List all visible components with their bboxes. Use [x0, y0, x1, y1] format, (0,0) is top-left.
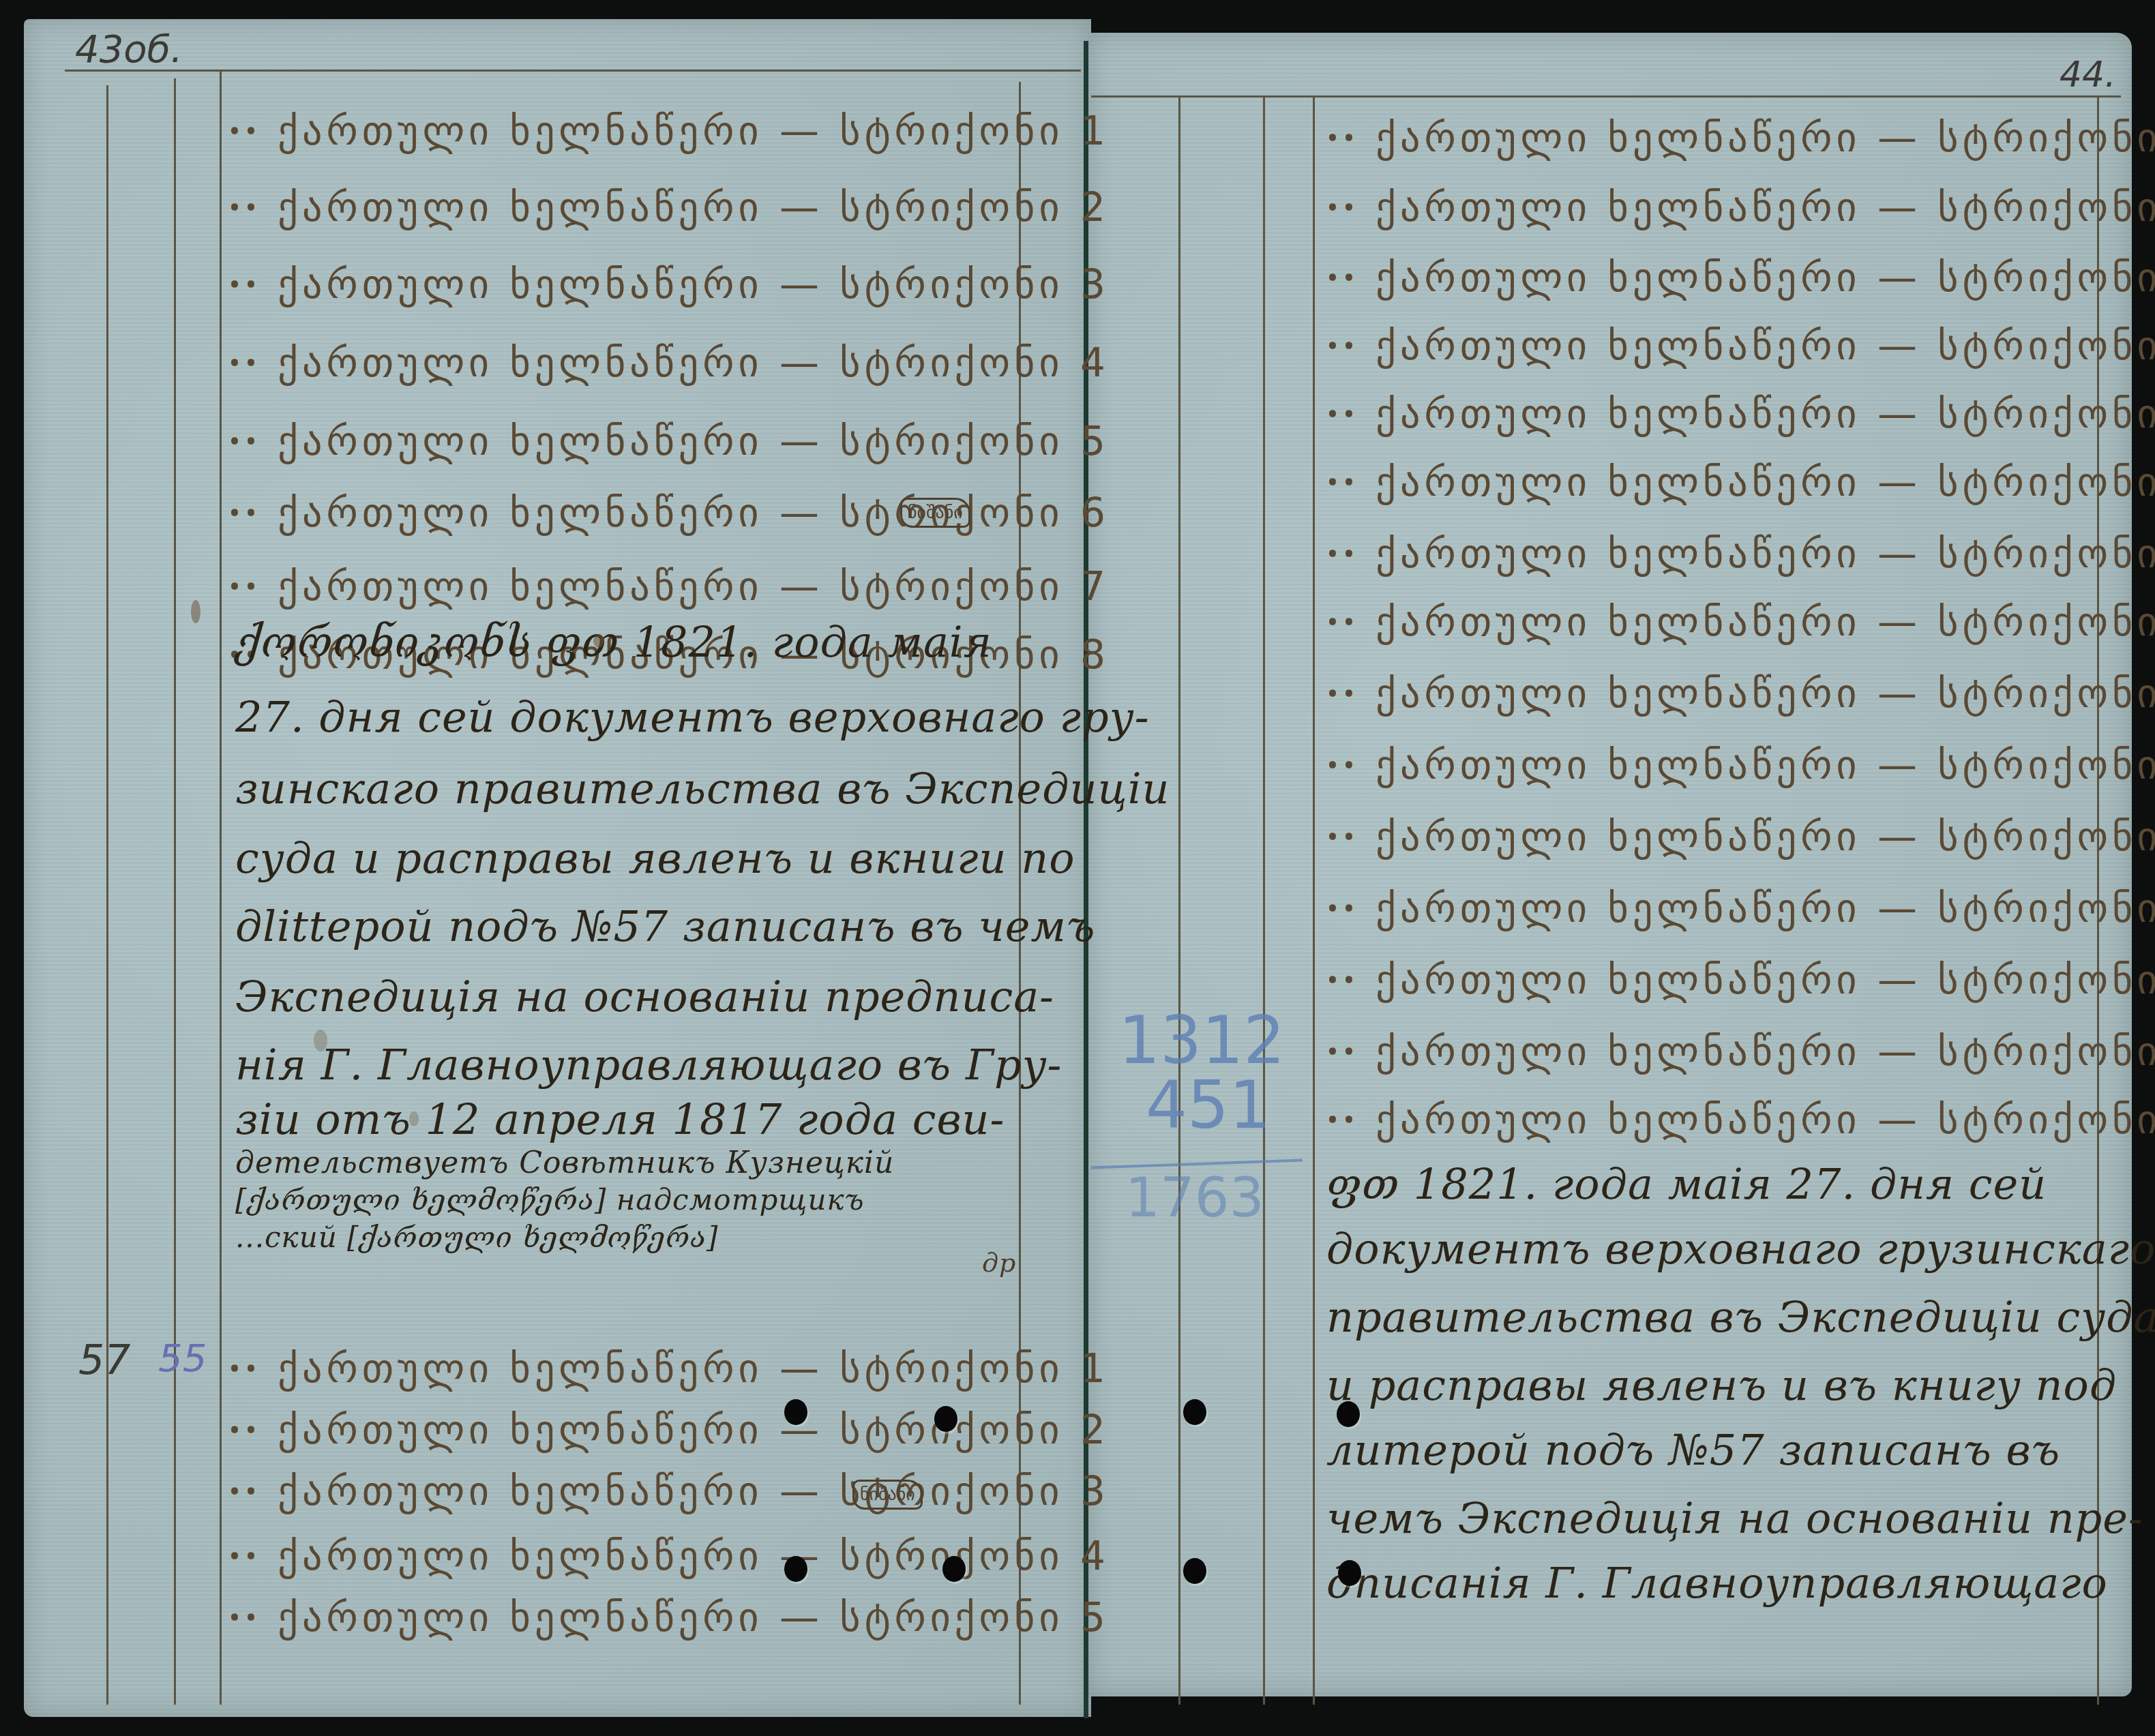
text-line: ꞏꞏ ქართული ხელნაწერი — სტრიქონი 5 [228, 1589, 1110, 1643]
text-line: ...ский [ქართული ხელმოწერა] [235, 1221, 718, 1254]
text-line: детельствуетъ Совѣтникъ Кузнецкій [235, 1146, 894, 1180]
text-line: и расправы явленъ и въ книгу под [1326, 1360, 2117, 1410]
binding-hole [784, 1556, 807, 1582]
text-line: зинскаго правительства въ Экспедиціи [235, 764, 1170, 813]
right-margin-rule-3 [1313, 95, 1315, 1705]
margin-note: др [982, 1248, 1016, 1278]
text-line: ꞏꞏ ქართული ხელნაწერი — სტრიქონი 3 [228, 1463, 1110, 1516]
ink-stain [314, 1030, 327, 1051]
text-line: ꞏꞏ ქართული ხელნაწერი — სტრიქონი 2 [228, 1401, 1110, 1455]
margin-number-pencil: 55 [158, 1336, 207, 1381]
text-line: дписанія Г. Главноуправляющаго [1326, 1558, 2108, 1608]
text-line: ꞏꞏ ქართული ხელნაწერი — სტრიქონი 1 [1326, 109, 2155, 163]
left-margin-rule-1 [106, 85, 108, 1705]
text-line: ꞏꞏ ქართული ხელნაწერი — სტრიქონი 4 [1326, 317, 2155, 371]
text-line: нія Г. Главноуправляющаго въ Гру- [235, 1040, 1062, 1090]
text-line: ꞏꞏ ქართული ხელნაწერი — სტრიქონი 10 [1326, 736, 2155, 790]
text-line: ꞏꞏ ქართული ხელნაწერი — სტრიქონი 5 [228, 413, 1110, 466]
right-margin-rule-1 [1178, 95, 1180, 1705]
text-line: ꞏꞏ ქართული ხელნაწერი — სტრიქონი 3 [1326, 249, 2155, 303]
left-header-rule [65, 70, 1081, 72]
text-line: Экспедиція на основаніи предписа- [235, 972, 1054, 1021]
text-line: ꞏꞏ ქართული ხელნაწერი — სტრიქონი 2 [228, 179, 1110, 233]
binding-hole [1183, 1399, 1206, 1425]
margin-number-ink: 57 [78, 1336, 130, 1384]
text-line: ქორონიკონს ფთ 1821. года маія [235, 617, 992, 667]
text-line: документъ верховнаго грузинскаго [1326, 1224, 2155, 1274]
text-line: литерой подъ №57 записанъ въ [1326, 1425, 2060, 1475]
binding-hole [1183, 1558, 1206, 1584]
pencil-archive-number: 451 [1146, 1067, 1270, 1143]
binding-hole [934, 1406, 957, 1432]
right-margin-rule-2 [1263, 95, 1265, 1705]
binding-hole [784, 1399, 807, 1425]
text-line: ꞏꞏ ქართული ხელნაწერი — სტრიქონი 9 [1326, 665, 2155, 719]
binding-hole [942, 1556, 966, 1582]
left-margin-rule-3 [220, 72, 222, 1705]
text-line: [ქართული ხელმოწერა] надсмотрщикъ [235, 1183, 865, 1216]
text-line: ꞏꞏ ქართული ხელნაწერი — სტრიქონი 11 [1326, 808, 2155, 862]
binding-hole [1338, 1560, 1361, 1586]
text-line: ꞏꞏ ქართული ხელნაწერი — სტრიქონი 7 [228, 558, 1110, 612]
pencil-archive-number: 1763 [1125, 1166, 1264, 1229]
text-line: ꞏꞏ ქართული ხელნაწერი — სტრიქონი 15 [1326, 1091, 2155, 1145]
text-line: ფთ 1821. года маія 27. дня сей [1326, 1159, 2047, 1209]
text-line: ꞏꞏ ქართული ხელნაწერი — სტრიქონი 12 [1326, 880, 2155, 933]
binding-hole [1337, 1401, 1360, 1427]
text-line: ꞏꞏ ქართული ხელნაწერი — სტრიქონი 3 [228, 256, 1110, 310]
text-line: ꞏꞏ ქართული ხელნაწერი — სტრიქონი 7 [1326, 525, 2155, 579]
text-line: ꞏꞏ ქართული ხელნაწერი — სტრიქონი 6 [1326, 453, 2155, 507]
text-line: суда и расправы явленъ и вкниги по [235, 833, 1075, 883]
text-line: ꞏꞏ ქართული ხელნაწერი — სტრიქონი 6 [228, 484, 1110, 538]
text-line: ꞏꞏ ქართული ხელნაწერი — სტრიქონი 4 [228, 334, 1110, 388]
left-right-margin-rule [1019, 82, 1021, 1705]
ink-stain [191, 600, 200, 623]
text-line: ꞏꞏ ქართული ხელნაწერი — სტრიქონი 13 [1326, 951, 2155, 1005]
text-line: ꞏꞏ ქართული ხელნაწერი — სტრიქონი 5 [1326, 385, 2155, 439]
text-line: ꞏꞏ ქართული ხელნაწერი — სტრიქონი 4 [228, 1527, 842, 1581]
stamp-seal: ნიშანი [852, 1480, 923, 1510]
text-line: чемъ Экспедиція на основаніи пре- [1326, 1493, 2143, 1543]
text-line: правительства въ Экспедиціи суда [1326, 1292, 2155, 1342]
ink-stain [409, 1111, 419, 1126]
text-line: ꞏꞏ ქართული ხელნაწერი — სტრიქონი 1 [228, 1340, 1110, 1394]
right-header-rule [1091, 95, 2121, 98]
text-line: ꞏꞏ ქართული ხელნაწერი — სტრიქონი 14 [1326, 1023, 2155, 1077]
text-line: ꞏꞏ ქართული ხელნაწერი — სტრიქონი 1 [228, 102, 1110, 156]
folio-number-right: 44. [2060, 55, 2116, 95]
left-margin-rule-2 [174, 78, 176, 1705]
text-line: ꞏꞏ ქართული ხელნაწერი — სტრიქონი 8 [1326, 593, 2155, 647]
stamp-seal: ნიშანი [900, 498, 970, 528]
text-line: ꞏꞏ ქართული ხელნაწერი — სტრიქონი 2 [1326, 179, 2155, 233]
text-line: дlittерой подъ №57 записанъ въ чемъ [235, 901, 1095, 951]
text-line: зіи отъ 12 апреля 1817 года сви- [235, 1094, 1005, 1144]
folio-number-left: 43об. [75, 27, 183, 72]
text-line: 27. дня сей документъ верховнаго гру- [235, 692, 1150, 742]
ink-stain [593, 634, 604, 648]
